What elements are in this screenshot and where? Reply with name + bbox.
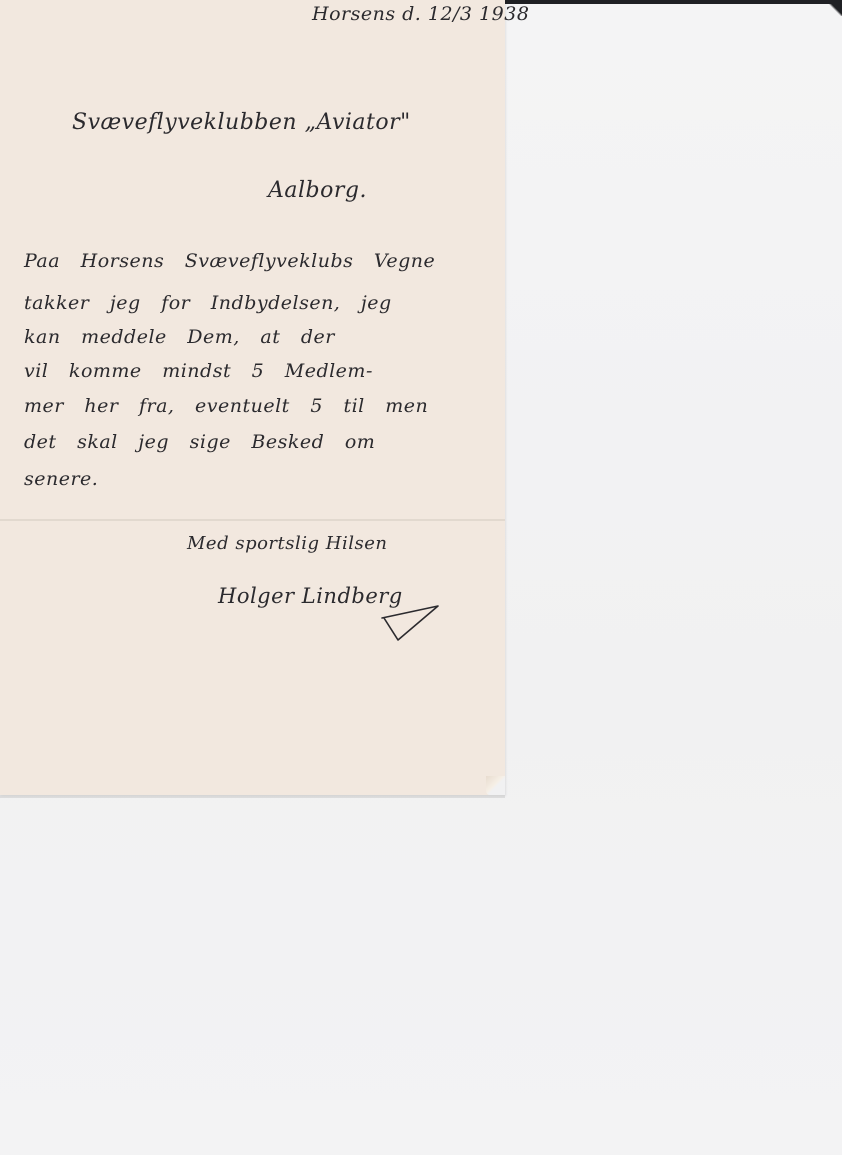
signature-flourish-icon	[376, 604, 446, 644]
letter-body-line: Paa Horsens Svæveflyveklubs Vegne	[24, 252, 435, 271]
scanner-lid-edge	[505, 0, 842, 4]
letter-body-line: kan meddele Dem, at der	[24, 328, 335, 347]
letter-body-line: takker jeg for Indbydelsen, jeg	[24, 294, 392, 313]
letter-body-line: senere.	[24, 470, 98, 489]
scanner-lid-corner	[826, 0, 842, 16]
letter-body-line: vil komme mindst 5 Medlem-	[24, 362, 373, 381]
letter-body-line: det skal jeg sige Besked om	[24, 433, 375, 452]
letter-city: Aalborg.	[268, 180, 367, 202]
letter-body-line: mer her fra, eventuelt 5 til men	[24, 397, 428, 416]
letter-dateline: Horsens d. 12/3 1938	[312, 5, 529, 24]
letter-closing: Med sportslig Hilsen	[187, 535, 387, 553]
fold-crease	[0, 519, 505, 521]
letter-recipient: Svæveflyveklubben „Aviator"	[72, 112, 411, 134]
letter-paper: Horsens d. 12/3 1938 Svæveflyveklubben „…	[0, 0, 505, 795]
paper-bottom-edge	[0, 795, 505, 798]
dog-eared-corner	[486, 776, 505, 795]
